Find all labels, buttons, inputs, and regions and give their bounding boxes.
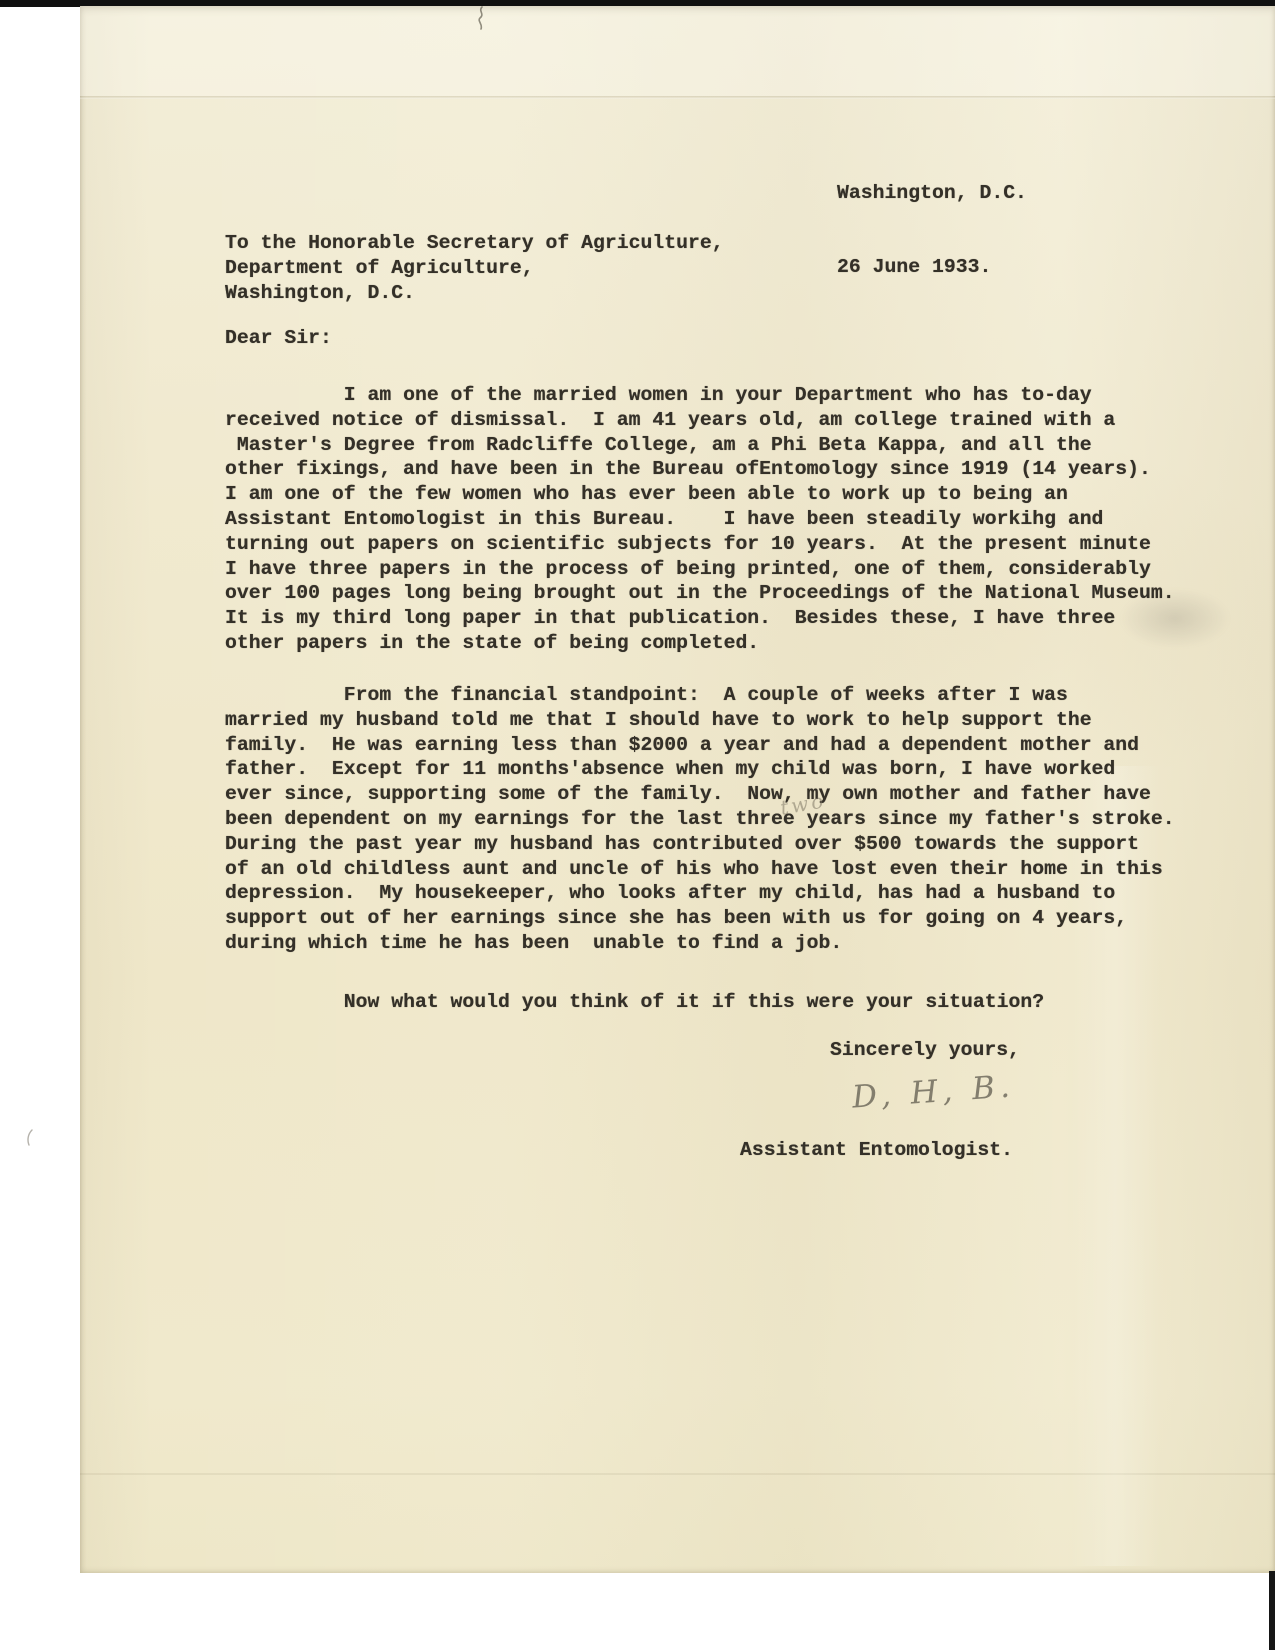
closing-question: Now what would you think of it if this w… xyxy=(225,990,1235,1015)
body-paragraph-2: From the financial standpoint: A couple … xyxy=(225,683,1235,956)
pen-tick-icon xyxy=(22,1128,36,1148)
paper-top-band xyxy=(80,6,1275,96)
signature-title: Assistant Entomologist. xyxy=(740,1138,1013,1163)
scan-edge-right xyxy=(1269,1571,1275,1650)
recipient-address: To the Honorable Secretary of Agricultur… xyxy=(225,231,724,305)
dateline: Washington, D.C. 26 June 1933. xyxy=(837,131,1027,329)
dateline-date: 26 June 1933. xyxy=(837,255,1027,280)
pen-squiggle-icon xyxy=(473,6,491,32)
handwritten-initials: D, H, B. xyxy=(851,1068,1016,1115)
salutation: Dear Sir: xyxy=(225,326,332,351)
scanned-letter-page: Washington, D.C. 26 June 1933. To the Ho… xyxy=(0,0,1275,1650)
body-paragraph-1: I am one of the married women in your De… xyxy=(225,383,1235,656)
letter-paper: Washington, D.C. 26 June 1933. To the Ho… xyxy=(80,6,1275,1573)
closing-salutation: Sincerely yours, xyxy=(830,1038,1020,1063)
dateline-city: Washington, D.C. xyxy=(837,181,1027,206)
paper-fold-line-top xyxy=(80,96,1275,99)
